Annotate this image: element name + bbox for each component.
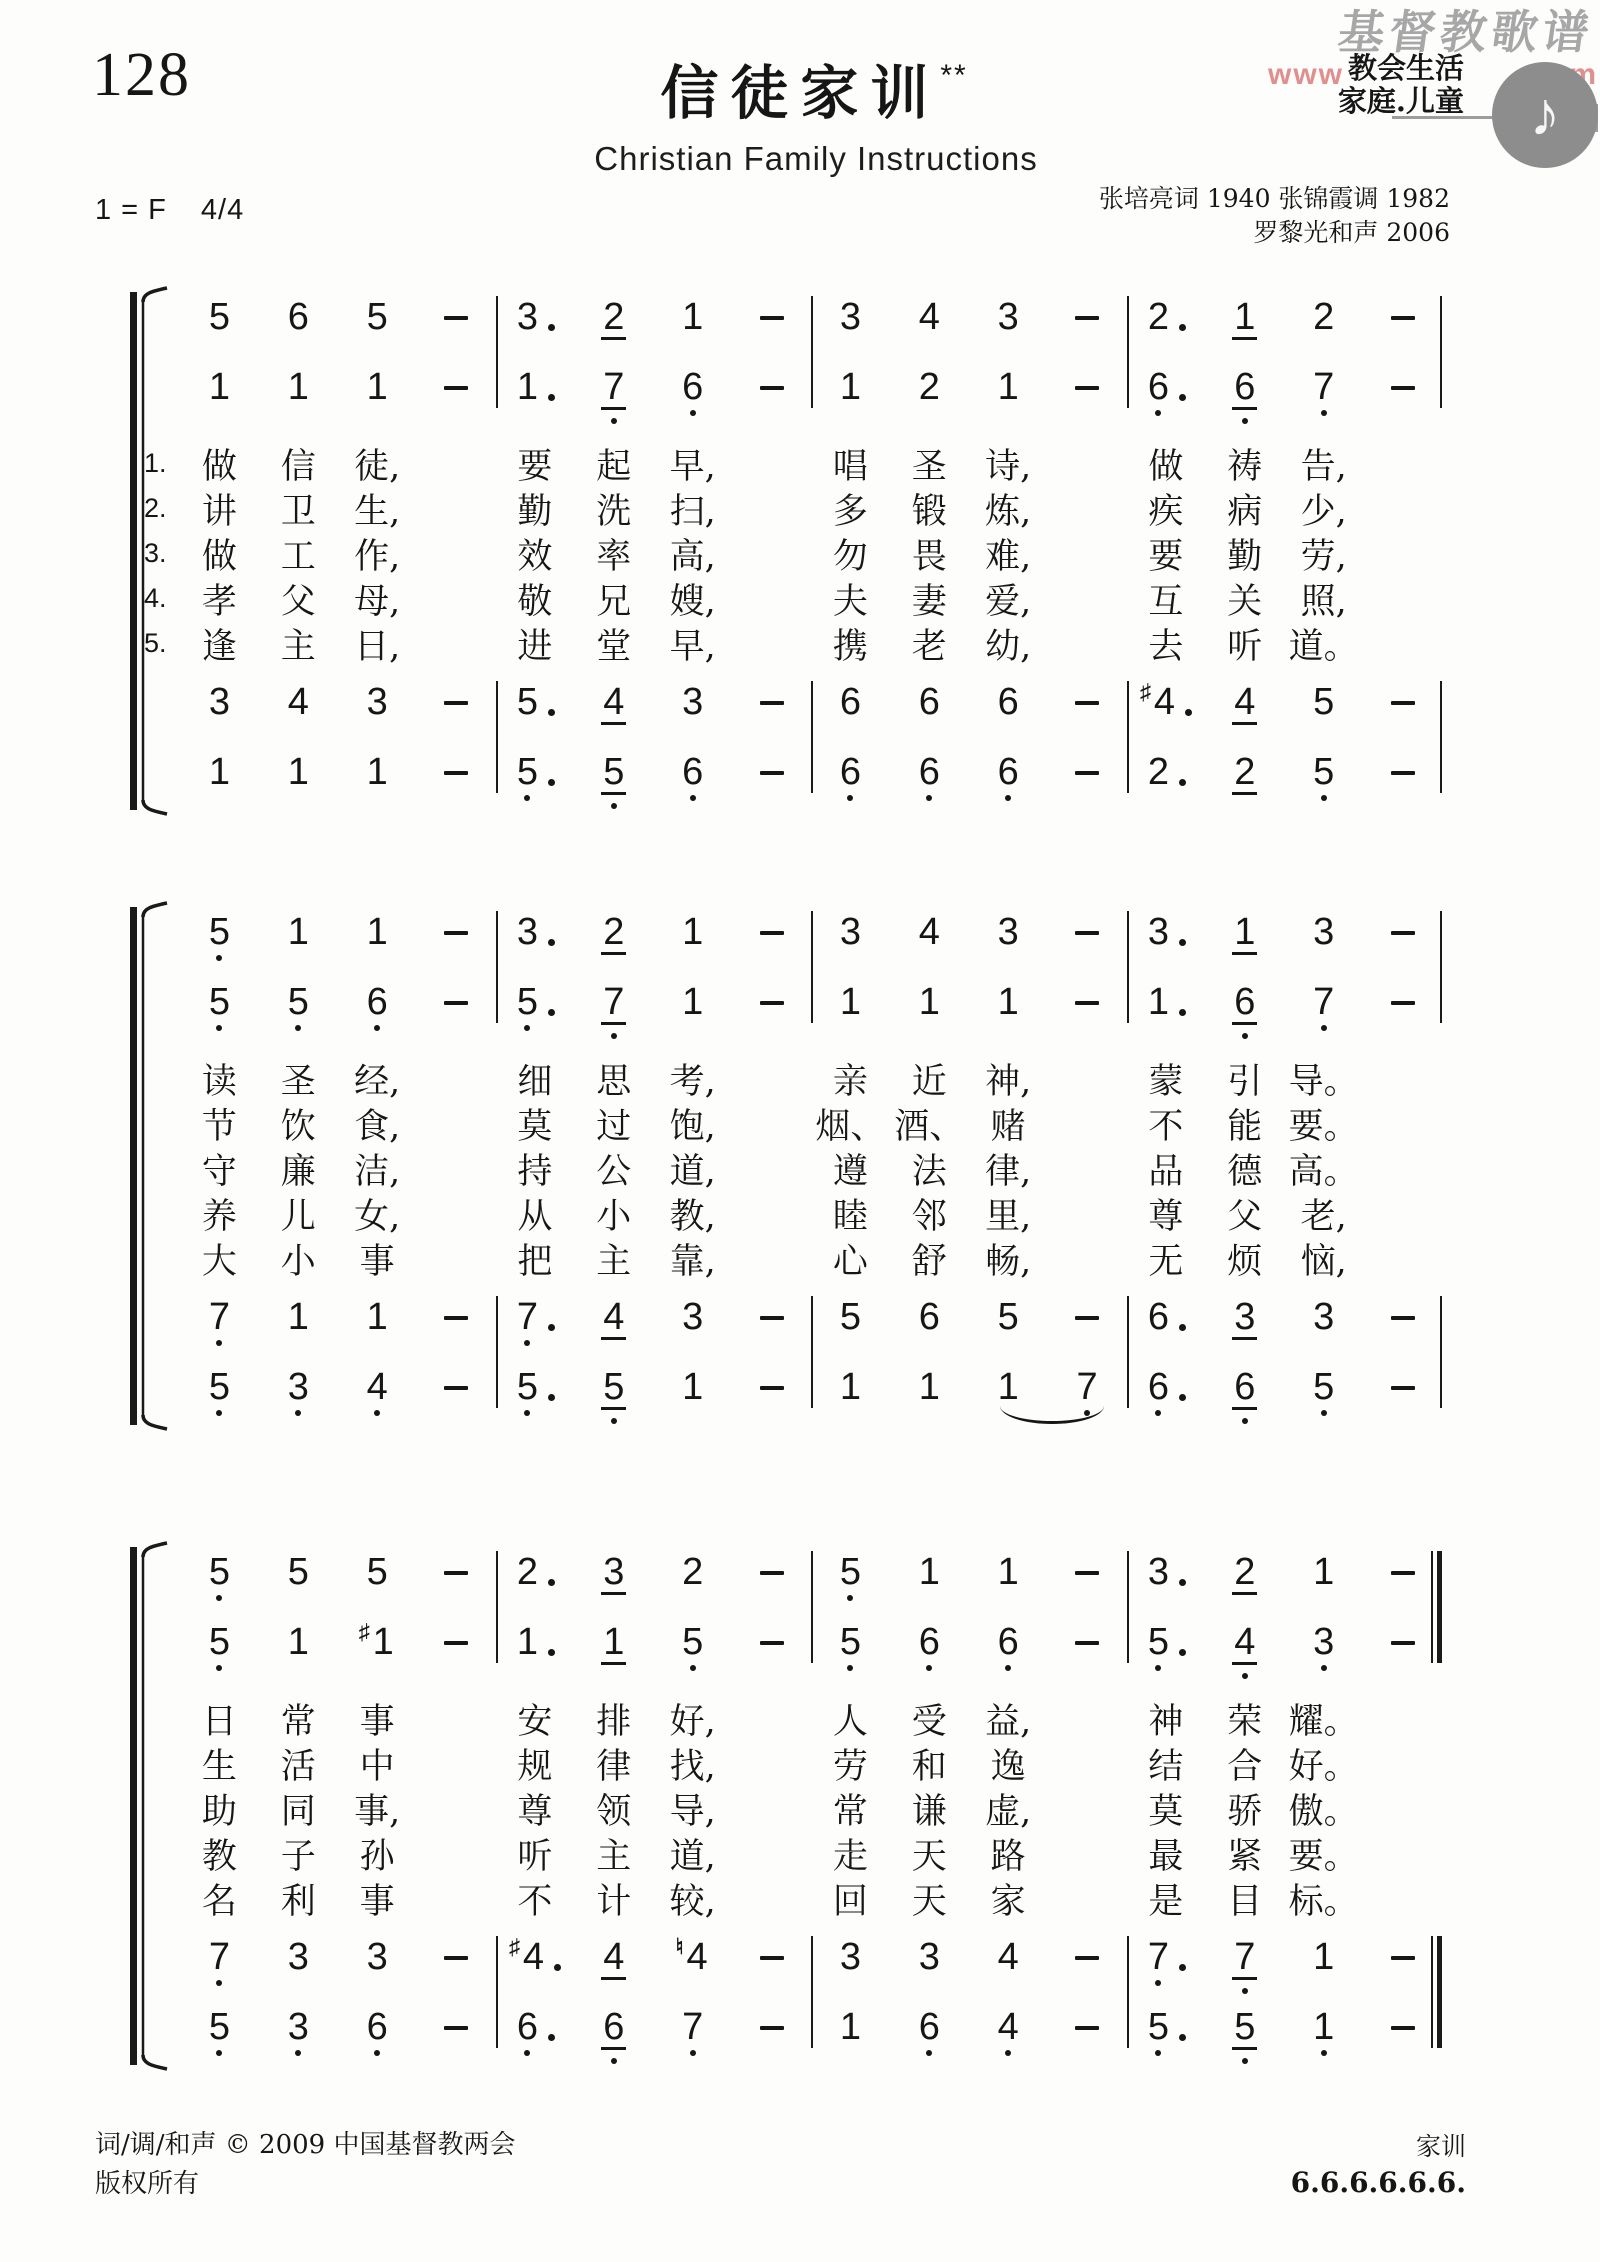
lyric-syllable: 助 xyxy=(180,1784,259,1834)
lyric-syllable: 目 xyxy=(1205,1874,1284,1924)
measure: 534 xyxy=(180,1358,496,1428)
lyric-measure: 读圣经, xyxy=(180,1054,496,1104)
measure: 321 xyxy=(496,903,812,973)
held-dash xyxy=(732,358,811,428)
note: 6 xyxy=(1127,1358,1206,1428)
lyric-measure: 养儿女, xyxy=(180,1189,496,1239)
copyright-line-2: 版权所有 xyxy=(95,2165,515,2204)
lyric-measure: 勿畏难, xyxy=(811,529,1127,579)
lyric-syllable: 女, xyxy=(338,1189,417,1239)
lyric-syllable: 小 xyxy=(574,1189,653,1239)
lyric-syllable: 携 xyxy=(811,619,890,669)
lyric-syllable: 畅, xyxy=(969,1234,1048,1284)
note: 7 xyxy=(574,358,653,428)
lyric-syllable: 天 xyxy=(890,1874,969,1924)
note: 4 xyxy=(574,1928,653,1998)
note: 6 xyxy=(653,743,732,813)
lyric-syllable: 要。 xyxy=(1284,1829,1363,1879)
duration-dot xyxy=(1179,1009,1186,1016)
lyric-rest-cell xyxy=(1363,1694,1442,1744)
note: 4 xyxy=(969,1928,1048,1998)
note: 3 xyxy=(338,1928,417,1998)
lyric-rest-cell xyxy=(1048,1099,1127,1149)
barline xyxy=(1431,1936,1433,2048)
low-octave-dot xyxy=(1242,1033,1248,1039)
barline xyxy=(496,681,498,793)
note: 1 xyxy=(811,1358,890,1428)
barline xyxy=(1440,911,1442,1023)
note: 6 xyxy=(969,743,1048,813)
lyric-syllable: 效 xyxy=(496,529,575,579)
lyric-syllable: 生, xyxy=(338,484,417,534)
lyric-syllable: 事 xyxy=(338,1694,417,1744)
held-dash xyxy=(732,288,811,358)
note: 1 xyxy=(180,743,259,813)
lyric-measure: 要勤劳, xyxy=(1127,529,1443,579)
measure: 167 xyxy=(1127,973,1443,1043)
lyric-syllable: 去 xyxy=(1127,619,1206,669)
barline xyxy=(1127,296,1129,408)
lyric-syllable: 排 xyxy=(574,1694,653,1744)
lyric-syllable: 要 xyxy=(1127,529,1206,579)
lyric-rest-cell xyxy=(417,1054,496,1104)
low-octave-dot xyxy=(216,1595,222,1601)
measure: 511 xyxy=(180,903,496,973)
low-octave-dot xyxy=(1321,2050,1327,2056)
note: 1 xyxy=(338,358,417,428)
measure: 51♯1 xyxy=(180,1613,496,1683)
held-dash xyxy=(417,743,496,813)
held-dash xyxy=(417,903,496,973)
low-octave-dot xyxy=(611,418,617,424)
held-dash xyxy=(1048,1998,1127,2068)
lyric-syllable: 圣 xyxy=(890,439,969,489)
measure: 164 xyxy=(811,1998,1127,2068)
lyric-syllable: 较, xyxy=(653,1874,732,1924)
lyric-line: 4.孝父母,敬兄嫂,夫妻爱,互关照, xyxy=(180,576,1442,621)
lyric-measure: 夫妻爱, xyxy=(811,574,1127,624)
note: 6 xyxy=(1127,358,1206,428)
lyric-syllable: 尊 xyxy=(496,1784,575,1834)
lyric-rest-cell xyxy=(1363,1829,1442,1879)
note: 1 xyxy=(259,743,338,813)
note: 5 xyxy=(180,903,259,973)
note: 1 xyxy=(811,1998,890,2068)
held-dash xyxy=(1363,288,1442,358)
lyric-line: 节饮食,莫过饱,烟、酒、赌不能要。 xyxy=(180,1101,1442,1146)
lyric-rest-cell xyxy=(1363,1784,1442,1834)
verse-number: 3. xyxy=(144,538,167,569)
lyric-syllable: 听 xyxy=(1205,619,1284,669)
lyric-syllable: 讲 xyxy=(180,484,259,534)
note: ♯4 xyxy=(496,1928,575,1998)
lyric-syllable: 爱, xyxy=(969,574,1048,624)
lyric-syllable: 能 xyxy=(1205,1099,1284,1149)
note: 6 xyxy=(338,973,417,1043)
subtitle-english: Christian Family Instructions xyxy=(594,140,1037,178)
lyric-syllable: 导。 xyxy=(1284,1054,1363,1104)
note: 5 xyxy=(180,1358,259,1428)
note: ♮4 xyxy=(653,1928,732,1998)
barline xyxy=(1440,681,1442,793)
low-octave-dot xyxy=(295,1025,301,1031)
low-octave-dot xyxy=(374,1410,380,1416)
measure: 511 xyxy=(811,1543,1127,1613)
note: 2 xyxy=(890,358,969,428)
lyric-syllable: 高, xyxy=(653,529,732,579)
note: 5 xyxy=(1284,743,1363,813)
lyric-rest-cell xyxy=(1048,574,1127,624)
lyric-syllable: 邻 xyxy=(890,1189,969,1239)
note: 5 xyxy=(338,1543,417,1613)
duration-dot xyxy=(548,324,555,331)
lyric-syllable: 逸 xyxy=(969,1739,1048,1789)
lyric-syllable: 互 xyxy=(1127,574,1206,624)
lyric-measure: 把主靠, xyxy=(496,1234,812,1284)
duration-dot xyxy=(1179,939,1186,946)
lyric-syllable: 受 xyxy=(890,1694,969,1744)
lyric-syllable: 扫, xyxy=(653,484,732,534)
lyric-syllable: 心 xyxy=(811,1234,890,1284)
note: 6 xyxy=(259,288,338,358)
lyric-syllable: 读 xyxy=(180,1054,259,1104)
lyric-measure: 去听道。 xyxy=(1127,619,1443,669)
lyric-rest-cell xyxy=(417,1189,496,1239)
lyric-syllable: 利 xyxy=(259,1874,338,1924)
lyric-measure: 疾病少, xyxy=(1127,484,1443,534)
note: 6 xyxy=(890,673,969,743)
lyric-rest-cell xyxy=(732,1694,811,1744)
lyric-syllable: 嫂, xyxy=(653,574,732,624)
lyric-rest-cell xyxy=(732,1874,811,1924)
note: 1 xyxy=(1284,1998,1363,2068)
lyric-measure: 莫过饱, xyxy=(496,1099,812,1149)
lyric-rest-cell xyxy=(732,1144,811,1194)
duration-dot xyxy=(1179,1579,1186,1586)
lyric-measure: 助同事, xyxy=(180,1784,496,1834)
accidental-sharp-icon: ♯ xyxy=(359,1621,370,1643)
lyric-measure: 尊父老, xyxy=(1127,1189,1443,1239)
lyric-syllable: 孝 xyxy=(180,574,259,624)
note: ♯4 xyxy=(1127,673,1206,743)
measure: 1117 xyxy=(811,1358,1127,1428)
duration-dot xyxy=(1179,1964,1186,1971)
held-dash xyxy=(1048,1613,1127,1683)
lyric-syllable: 要。 xyxy=(1284,1099,1363,1149)
lyric-syllable: 道, xyxy=(653,1144,732,1194)
lyric-syllable: 做 xyxy=(180,529,259,579)
lyric-measure: 名利事 xyxy=(180,1874,496,1924)
held-dash xyxy=(1363,673,1442,743)
note: 3 xyxy=(811,903,890,973)
lyric-rest-cell xyxy=(1363,1144,1442,1194)
lyric-syllable: 廉 xyxy=(259,1144,338,1194)
low-octave-dot xyxy=(1005,795,1011,801)
lyric-syllable: 食, xyxy=(338,1099,417,1149)
note: 1 xyxy=(811,973,890,1043)
lyric-syllable: 逢 xyxy=(180,619,259,669)
lyric-syllable: 从 xyxy=(496,1189,575,1239)
lyric-syllable: 畏 xyxy=(890,529,969,579)
lyric-measure: 听主道, xyxy=(496,1829,812,1879)
note: 1 xyxy=(1284,1543,1363,1613)
held-dash xyxy=(417,1998,496,2068)
lyric-syllable: 律 xyxy=(574,1739,653,1789)
lyric-syllable: 骄 xyxy=(1205,1784,1284,1834)
lyric-syllable: 近 xyxy=(890,1054,969,1104)
lyric-syllable: 锻 xyxy=(890,484,969,534)
note: 4 xyxy=(1205,673,1284,743)
measure: 566 xyxy=(811,1613,1127,1683)
system-bracket-icon xyxy=(122,1541,168,2071)
lyric-syllable: 虚, xyxy=(969,1784,1048,1834)
lyric-rest-cell xyxy=(1363,1054,1442,1104)
lyric-line: 教子孙听主道,走天路最紧要。 xyxy=(180,1831,1442,1876)
lyric-measure: 不能要。 xyxy=(1127,1099,1443,1149)
low-octave-dot xyxy=(524,1340,530,1346)
note: 3 xyxy=(653,673,732,743)
lyric-measure: 不计较, xyxy=(496,1874,812,1924)
note: 6 xyxy=(1205,973,1284,1043)
lyric-syllable: 洁, xyxy=(338,1144,417,1194)
note: 5 xyxy=(1205,1998,1284,2068)
measure: 343 xyxy=(811,903,1127,973)
held-dash xyxy=(732,1928,811,1998)
lyric-rest-cell xyxy=(417,1099,496,1149)
lyric-rest-cell xyxy=(1048,1829,1127,1879)
low-octave-dot xyxy=(1155,1410,1161,1416)
held-dash xyxy=(732,1998,811,2068)
lyric-syllable: 圣 xyxy=(259,1054,338,1104)
credit-line-2: 罗黎光和声 2006 xyxy=(1099,216,1450,250)
barline xyxy=(496,296,498,408)
lyric-measure: 敬兄嫂, xyxy=(496,574,812,624)
lyric-syllable: 道, xyxy=(653,1829,732,1879)
lyric-syllable: 好, xyxy=(653,1694,732,1744)
lyric-syllable: 事, xyxy=(338,1784,417,1834)
measure: 176 xyxy=(496,358,812,428)
held-dash xyxy=(1363,743,1442,813)
duration-dot xyxy=(554,1964,561,1971)
duration-dot xyxy=(548,2034,555,2041)
low-octave-dot xyxy=(1242,1673,1248,1679)
lyric-rest-cell xyxy=(417,574,496,624)
lyric-syllable: 引 xyxy=(1205,1054,1284,1104)
note: 6 xyxy=(890,1613,969,1683)
lyric-rest-cell xyxy=(1048,1234,1127,1284)
duration-dot xyxy=(548,1394,555,1401)
note: 3 xyxy=(890,1928,969,1998)
lyric-syllable: 同 xyxy=(259,1784,338,1834)
note: 4 xyxy=(969,1998,1048,2068)
lyric-syllable: 名 xyxy=(180,1874,259,1924)
barline xyxy=(496,1936,498,2048)
note: 2 xyxy=(1127,743,1206,813)
measure: 551 xyxy=(1127,1998,1443,2068)
lyric-syllable: 多 xyxy=(811,484,890,534)
note: ♯1 xyxy=(338,1613,417,1683)
lyric-line: 3.做工作,效率高,勿畏难,要勤劳, xyxy=(180,531,1442,576)
lyric-rest-cell xyxy=(1363,1874,1442,1924)
lyric-syllable: 教, xyxy=(653,1189,732,1239)
note: 7 xyxy=(180,1288,259,1358)
note: 5 xyxy=(259,1543,338,1613)
lyric-rest-cell xyxy=(1363,1234,1442,1284)
lyric-measure: 做祷告, xyxy=(1127,439,1443,489)
note: 5 xyxy=(180,1998,259,2068)
note: 1 xyxy=(653,973,732,1043)
lyric-rest-cell xyxy=(1363,1189,1442,1239)
lyric-syllable: 规 xyxy=(496,1739,575,1789)
barline xyxy=(1440,296,1442,408)
time-signature: 4/4 xyxy=(201,194,244,226)
lyric-measure: 多锻炼, xyxy=(811,484,1127,534)
lyric-syllable: 勿 xyxy=(811,529,890,579)
lyric-measure: 常谦虚, xyxy=(811,1784,1127,1834)
lyric-syllable: 主 xyxy=(574,1234,653,1284)
note: 7 xyxy=(1127,1928,1206,1998)
lyric-measure: 遵法律, xyxy=(811,1144,1127,1194)
lyric-rest-cell xyxy=(1048,1189,1127,1239)
key-signature: 1 = F xyxy=(95,194,167,226)
lyric-syllable: 告, xyxy=(1284,439,1363,489)
verse-number: 1. xyxy=(144,448,167,479)
lyric-syllable: 诗, xyxy=(969,439,1048,489)
lyric-measure: 蒙引导。 xyxy=(1127,1054,1443,1104)
lyric-syllable: 大 xyxy=(180,1234,259,1284)
low-octave-dot xyxy=(1242,418,1248,424)
note: 5 xyxy=(1284,673,1363,743)
lyric-syllable: 唱 xyxy=(811,439,890,489)
lyric-measure: 规律找, xyxy=(496,1739,812,1789)
measure: 321 xyxy=(1127,1543,1443,1613)
held-dash xyxy=(1363,1288,1442,1358)
note: 1 xyxy=(1205,288,1284,358)
lyric-rest-cell xyxy=(732,1829,811,1879)
note: 2 xyxy=(496,1543,575,1613)
note: 4 xyxy=(338,1358,417,1428)
lyric-syllable: 好。 xyxy=(1284,1739,1363,1789)
lyric-syllable: 儿 xyxy=(259,1189,338,1239)
low-octave-dot xyxy=(216,2050,222,2056)
lyric-measure: 逢主日, xyxy=(180,619,496,669)
lyric-line: 助同事,尊领导,常谦虚,莫骄傲。 xyxy=(180,1786,1442,1831)
lyric-measure: 亲近神, xyxy=(811,1054,1127,1104)
low-octave-dot xyxy=(216,1025,222,1031)
held-dash xyxy=(1048,358,1127,428)
note: 1 xyxy=(890,1543,969,1613)
lyric-syllable: 炼, xyxy=(969,484,1048,534)
lyric-syllable: 早, xyxy=(653,439,732,489)
lyric-measure: 勤洗扫, xyxy=(496,484,812,534)
low-octave-dot xyxy=(1155,1665,1161,1671)
duration-dot xyxy=(548,709,555,716)
lyric-syllable: 信 xyxy=(259,439,338,489)
lyric-syllable: 是 xyxy=(1127,1874,1206,1924)
duration-dot xyxy=(1185,709,1192,716)
lyric-syllable: 妻 xyxy=(890,574,969,624)
low-octave-dot xyxy=(847,795,853,801)
lyric-measure: 最紧要。 xyxy=(1127,1829,1443,1879)
low-octave-dot xyxy=(374,1025,380,1031)
lyric-syllable: 法 xyxy=(890,1144,969,1194)
lyric-syllable: 母, xyxy=(338,574,417,624)
measure: 543 xyxy=(1127,1613,1443,1683)
measure: 665 xyxy=(1127,1358,1443,1428)
lyric-syllable: 关 xyxy=(1205,574,1284,624)
note: 6 xyxy=(890,1998,969,2068)
lyric-syllable: 不 xyxy=(496,1874,575,1924)
barline xyxy=(1440,1296,1442,1408)
category-line-1: 教会生活 xyxy=(1338,52,1464,85)
lyric-syllable: 公 xyxy=(574,1144,653,1194)
lyric-syllable: 难, xyxy=(969,529,1048,579)
held-dash xyxy=(732,1613,811,1683)
measure: 771 xyxy=(1127,1928,1443,1998)
lyric-syllable: 导, xyxy=(653,1784,732,1834)
lyric-rest-cell xyxy=(1363,1739,1442,1789)
measure: 343 xyxy=(811,288,1127,358)
low-octave-dot xyxy=(524,1410,530,1416)
note: 3 xyxy=(574,1543,653,1613)
note: 4 xyxy=(259,673,338,743)
note: 3 xyxy=(496,288,575,358)
lyric-rest-cell xyxy=(732,1189,811,1239)
duration-dot xyxy=(1179,1394,1186,1401)
lyric-measure: 节饮食, xyxy=(180,1099,496,1149)
lyric-rest-cell xyxy=(1048,439,1127,489)
lyric-syllable: 进 xyxy=(496,619,575,669)
verse-number: 2. xyxy=(144,493,167,524)
note: 7 xyxy=(496,1288,575,1358)
lyric-line: 生活中规律找,劳和逸结合好。 xyxy=(180,1741,1442,1786)
note: 6 xyxy=(890,743,969,813)
index-title: 家训 xyxy=(1291,2130,1466,2164)
held-dash xyxy=(732,903,811,973)
lyric-syllable: 父 xyxy=(1205,1189,1284,1239)
lyric-syllable: 工 xyxy=(259,529,338,579)
barline xyxy=(496,1551,498,1663)
lyric-measure: 做工作, xyxy=(180,529,496,579)
lyric-syllable: 作, xyxy=(338,529,417,579)
held-dash xyxy=(417,1358,496,1428)
credit-line-1: 张培亮词 1940 张锦霞调 1982 xyxy=(1099,182,1450,216)
held-dash xyxy=(1048,973,1127,1043)
watermark-logo: ♪ xyxy=(1492,62,1598,168)
note: 1 xyxy=(969,973,1048,1043)
final-barline xyxy=(1437,1551,1442,1663)
lyric-syllable: 勤 xyxy=(1205,529,1284,579)
lyric-rest-cell xyxy=(732,619,811,669)
lyric-syllable: 饮 xyxy=(259,1099,338,1149)
low-octave-dot xyxy=(611,1418,617,1424)
lyrics-block: 读圣经,细思考,亲近神,蒙引导。节饮食,莫过饱,烟、酒、赌不能要。守廉洁,持公道… xyxy=(180,1043,1442,1288)
note: 1 xyxy=(653,288,732,358)
note: 6 xyxy=(653,358,732,428)
barline xyxy=(811,681,813,793)
lyric-rest-cell xyxy=(1363,484,1442,534)
lyric-syllable: 神, xyxy=(969,1054,1048,1104)
lyric-rest-cell xyxy=(732,1099,811,1149)
lyric-line: 大小事把主靠,心舒畅,无烦恼, xyxy=(180,1236,1442,1281)
lyric-syllable: 品 xyxy=(1127,1144,1206,1194)
note: 3 xyxy=(259,1358,338,1428)
hymn-number: 128 xyxy=(92,40,191,111)
notation-staff: 343543666♯445111556666225 xyxy=(180,673,1442,813)
lyric-syllable: 主 xyxy=(259,619,338,669)
lyric-syllable: 率 xyxy=(574,529,653,579)
duration-dot xyxy=(1179,779,1186,786)
